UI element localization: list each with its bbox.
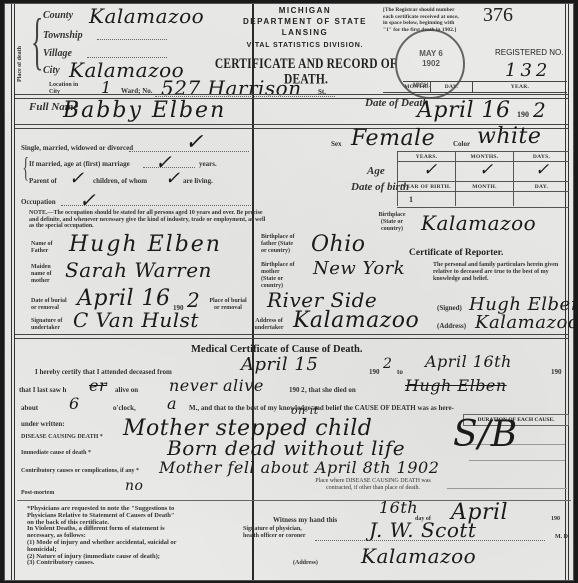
death-certificate: Place of death { County Kalamazoo Townsh… (4, 3, 574, 581)
under-written-label: under written: (21, 420, 65, 428)
physician-address: Kalamazoo (361, 544, 476, 568)
disease-label: DISEASE CAUSING DEATH * (21, 434, 103, 440)
alive-year-prefix: 190 (289, 386, 300, 394)
witness-year-prefix: 190 (551, 516, 560, 522)
table-row-line-3 (397, 191, 569, 192)
medical-separator (15, 334, 569, 339)
post-mortem-value: no (125, 478, 143, 494)
marital-status-value: ✓ (185, 130, 204, 155)
witness-label: Witness my hand this (273, 516, 337, 524)
died-on-label: , that she died on (305, 386, 356, 394)
reporter-signed-label: (Signed) (437, 304, 462, 312)
mother-name-label: Maiden name of mother (31, 264, 59, 285)
birth-year-value: 1 (409, 195, 413, 204)
registered-no-label: REGISTERED NO. (495, 48, 563, 57)
township-field (97, 39, 167, 40)
signature-line (315, 540, 545, 541)
contributory-label: Contributory causes or complications, if… (21, 468, 139, 474)
oclock-label: o'clock, (113, 404, 136, 412)
died-on-struck-value: Hugh Elben (405, 376, 507, 395)
attended-from-label: I hereby certify that I attended decease… (35, 368, 172, 376)
attended-year-prefix-1: 190 (369, 368, 380, 376)
birth-col-month: MONTH. (456, 184, 513, 190)
stamp-date: MAY 6 1902 (411, 49, 451, 69)
last-saw-pronoun: er (89, 376, 107, 395)
state-name: MICHIGAN (205, 6, 405, 15)
about-label: about (21, 404, 38, 412)
date-of-death-label: Date of Death (365, 98, 415, 109)
last-saw-label: that I last saw h (19, 386, 66, 394)
death-year-prefix: 190 (517, 110, 529, 119)
color-label: Color (453, 140, 470, 148)
alive-on-label: alive on (115, 386, 138, 394)
occupation-value: ✓ (79, 188, 96, 212)
age-months-value: ✓ (479, 160, 494, 180)
undertaker-address-value: Kalamazoo (293, 308, 419, 333)
father-name-label: Name of Father (31, 241, 59, 255)
footnote-item-1: (1) Mode of injury and whether accidenta… (27, 540, 177, 554)
living-label: are living. (183, 177, 213, 185)
duration-mark: S/B (453, 414, 518, 455)
age-first-marriage-label: If married, age at (first) marriage (29, 160, 130, 168)
date-of-death-value: April 16 (417, 98, 511, 123)
age-years-value: ✓ (423, 160, 438, 180)
attended-year-suffix-1: 2 (383, 356, 392, 372)
birth-col-day: DAY. (514, 184, 569, 190)
certificate-number: 376 (483, 4, 513, 27)
father-birthplace-label: Birthplace of father (State or country) (261, 234, 295, 255)
date-of-birth-label: Date of birth (351, 182, 395, 193)
stamp-col-year: YEAR. (473, 84, 567, 90)
place-contracted-label: Place where DISEASE CAUSING DEATH was co… (303, 478, 443, 492)
department-city: LANSING (205, 28, 405, 37)
immediate-cause-value: Born dead without life (167, 436, 405, 460)
alive-year-suffix: 2 (301, 386, 305, 394)
stamp-col-day: DAY. (431, 84, 472, 90)
parent-of-label: Parent of (29, 177, 57, 185)
certificate-title: CERTIFICATE AND RECORD OF DEATH. (201, 56, 411, 87)
attended-from-value: April 15 (241, 354, 318, 375)
department-name: DEPARTMENT OF STATE (205, 17, 405, 26)
burial-date-label: Date of burial or removal (31, 298, 71, 312)
reporter-title: Certificate of Reporter. (409, 248, 503, 258)
undertaker-label: Signature of undertaker (31, 318, 71, 332)
place-of-death-side-label: Place of death (17, 22, 27, 82)
hour-value: 6 (69, 394, 80, 413)
physician-address-label: (Address) (293, 560, 318, 566)
color-value: white (477, 124, 541, 149)
reporter-address-value: Kalamazoo (475, 312, 578, 333)
occupation-field (61, 205, 251, 206)
undertaker-address-label: Address of undertaker (249, 318, 289, 332)
city-label: City (43, 65, 60, 76)
years-label: years. (199, 160, 217, 168)
father-birthplace-value: Ohio (311, 232, 366, 257)
division-name: VITAL STATISTICS DIVISION. (205, 42, 405, 49)
place-contracted-line (447, 488, 567, 489)
county-value: Kalamazoo (89, 4, 204, 28)
reporter-statement: The personal and family particulars here… (433, 262, 567, 283)
cause-intro-label: M., and that to the best of my knowledge… (189, 404, 454, 412)
mother-name-value: Sarah Warren (65, 258, 212, 282)
attended-year-prefix-2: 190 (551, 368, 562, 376)
marital-status-label: Single, married, widowed or divorced (21, 144, 133, 152)
attended-to-value: April 16th (425, 352, 512, 371)
county-label: County (43, 10, 73, 21)
sex-label: Sex (331, 140, 342, 148)
physician-signature-label: Signature of physician, health officer o… (243, 526, 309, 540)
mother-birthplace-value: New York (313, 258, 405, 279)
village-label: Village (43, 48, 72, 59)
duration-line-2 (469, 460, 565, 461)
death-year-suffix: 2 (533, 98, 546, 122)
immediate-cause-label: Immediate cause of death * (21, 450, 91, 456)
occupation-note: NOTE.—The occupation should be stated fo… (29, 210, 269, 230)
right-border-rule (565, 4, 569, 580)
footnote-item-3: (3) Contributory causes. (27, 560, 177, 567)
to-label: to (397, 368, 403, 376)
children-label: children, of whom (93, 177, 147, 185)
table-row-line-2 (397, 181, 569, 182)
stamp-table-top (403, 81, 567, 82)
md-label: M. D. (555, 534, 570, 540)
stamp-table-bottom (383, 92, 567, 93)
sex-value: Female (351, 126, 435, 151)
post-mortem-label: Post-mortem (21, 490, 54, 496)
left-border-rule (11, 4, 15, 580)
birthplace-value: Kalamazoo (421, 211, 536, 235)
contributory-value: Mother fell about April 8th 1902 (159, 458, 439, 477)
children-value: ✓ (69, 168, 85, 189)
burial-place-label: Place of burial or removal (209, 298, 247, 312)
full-name-value: Babby Elben (63, 98, 226, 123)
reporter-address-label: (Address) (437, 322, 466, 330)
undertaker-value: C Van Hulst (73, 308, 199, 332)
footnote-text-1: *Physicians are requested to note the "S… (27, 506, 177, 526)
witness-day: 16th (379, 498, 418, 517)
stamp-col-month: MONTH. (403, 84, 430, 90)
age-label: Age (367, 165, 385, 177)
meridiem-value: a (167, 394, 177, 413)
mother-birthplace-label: Birthplace of mother (State or country) (261, 262, 295, 290)
footnote-block: *Physicians are requested to note the "S… (27, 506, 177, 567)
alive-on-value: never alive (169, 376, 264, 395)
age-days-value: ✓ (535, 160, 550, 180)
birthplace-label: Birthplace (State or country) (375, 212, 409, 233)
place-brace: { (31, 10, 43, 72)
living-value: ✓ (165, 168, 181, 189)
occupation-label: Occupation (21, 198, 56, 206)
footnote-text-2: In Violent Deaths, a different form of s… (27, 526, 177, 540)
physician-signature: J. W. Scott (369, 518, 476, 542)
father-name-value: Hugh Elben (69, 232, 222, 257)
registered-no-value: 132 (505, 60, 551, 81)
township-label: Township (43, 30, 83, 41)
